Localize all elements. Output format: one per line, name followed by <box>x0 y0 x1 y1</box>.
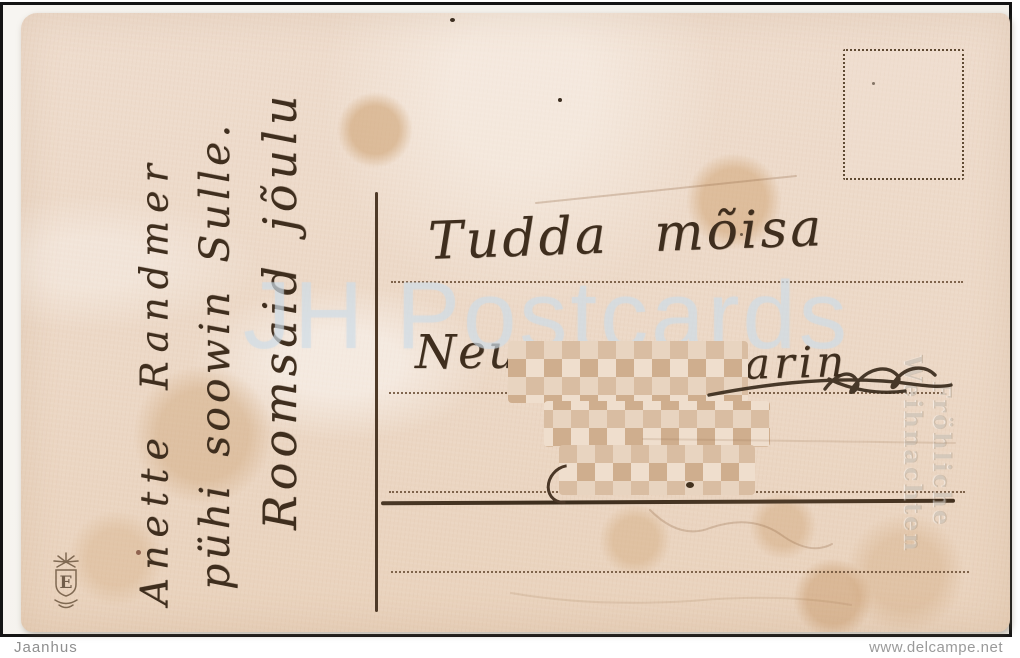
site-url: www.delcampe.net <box>869 640 1003 656</box>
ink-speck <box>450 18 455 22</box>
center-divider-line <box>375 192 378 612</box>
hand-drawn-line <box>381 499 955 506</box>
address-rule-4 <box>391 571 969 573</box>
postcard-listing-image: Fröhliche Weihnachten Roomsaid jõulu püh… <box>0 0 1020 658</box>
greeting-signature: Anette Randmer <box>133 186 198 606</box>
caption-bar: Jaanhus www.delcampe.net <box>0 640 1020 658</box>
publisher-logo: E <box>47 548 85 612</box>
photo-frame: Fröhliche Weihnachten Roomsaid jõulu püh… <box>0 2 1012 637</box>
ink-speck <box>872 82 875 85</box>
seller-name: Jaanhus <box>14 640 78 656</box>
censor-mosaic-middle <box>544 401 770 447</box>
ink-speck <box>558 98 562 102</box>
censor-mosaic-top <box>508 341 748 403</box>
stamp-box <box>843 49 964 180</box>
foxing-dot <box>136 550 141 555</box>
embossed-greeting-imprint: Fröhliche Weihnachten <box>899 299 957 609</box>
pen-dot-mark <box>686 482 694 488</box>
censor-mosaic-bottom <box>559 445 755 495</box>
postcard-back: Fröhliche Weihnachten Roomsaid jõulu püh… <box>21 13 1010 632</box>
publisher-monogram-letter: E <box>60 573 73 593</box>
ink-speck <box>740 233 743 236</box>
